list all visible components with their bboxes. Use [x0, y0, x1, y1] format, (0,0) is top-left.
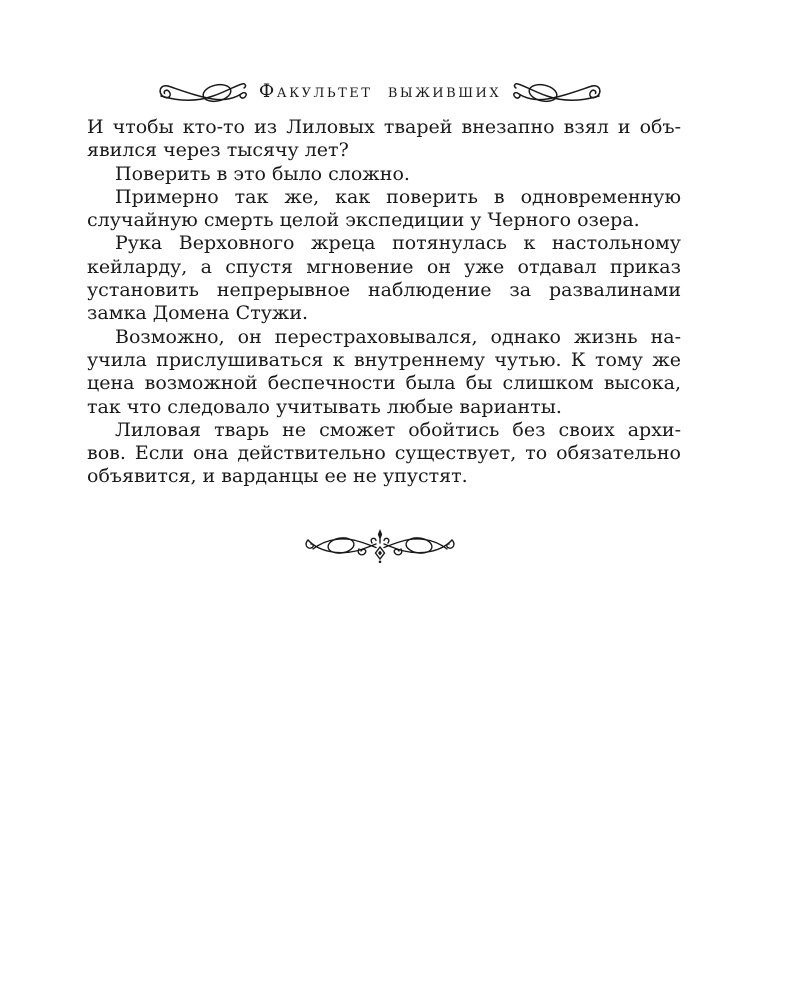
text-line: явился через тысячу лет?: [87, 139, 681, 162]
text-line: Рука Верховного жреца потянулась к насто…: [87, 232, 681, 255]
calligraphic-swash-left-icon: [155, 75, 247, 107]
text-line: так что следовало учитывать любые вариан…: [87, 396, 681, 419]
book-page: Факультет выживших И чтобы кто-то из Лил…: [0, 0, 800, 1000]
text-line: И чтобы кто-то из Лиловых тварей внезапн…: [87, 116, 681, 139]
text-line: замка Домена Стужи.: [87, 302, 681, 325]
chapter-title: Факультет выживших: [259, 81, 501, 102]
calligraphic-swash-right-icon: [513, 75, 605, 107]
chapter-header: Факультет выживших: [0, 75, 760, 107]
text-line: кейларду, а спустя мгновение он уже отда…: [87, 256, 681, 279]
text-line: объявится, и варданцы ее не упустят.: [87, 465, 681, 488]
text-line: вов. Если она действительно существует, …: [87, 442, 681, 465]
text-line: учила прислушиваться к внутреннему чутью…: [87, 349, 681, 372]
text-line: Поверить в это было сложно.: [87, 163, 681, 186]
text-line: Возможно, он перестраховывался, однако ж…: [87, 326, 681, 349]
text-line: случайную смерть целой экспедиции у Черн…: [87, 209, 681, 232]
text-line: Примерно так же, как поверить в одноврем…: [87, 186, 681, 209]
text-line: установить непрерывное наблюдение за раз…: [87, 279, 681, 302]
text-line: Лиловая тварь не сможет обойтись без сво…: [87, 419, 681, 442]
section-divider: [0, 528, 760, 564]
page-text: И чтобы кто-то из Лиловых тварей внезапн…: [87, 116, 681, 489]
text-line: цена возможной беспечности была бы слишк…: [87, 372, 681, 395]
flourish-divider-icon: [301, 528, 459, 564]
